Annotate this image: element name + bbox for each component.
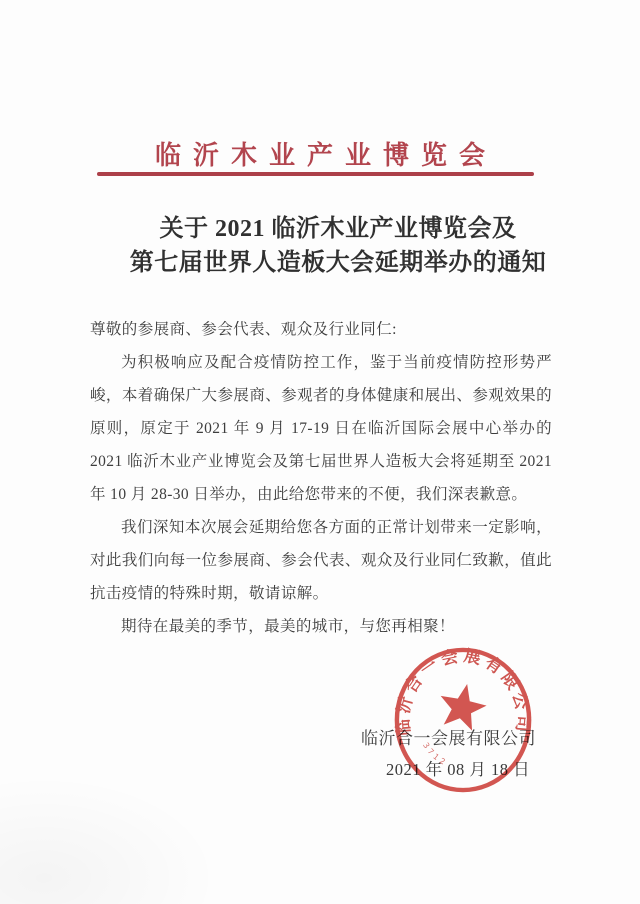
notice-body: 尊敬的参展商、参会代表、观众及行业同仁: 为积极响应及配合疫情防控工作，鉴于当前… bbox=[90, 313, 552, 643]
letterhead-rule bbox=[97, 172, 534, 176]
paragraph-2: 我们深知本次展会延期给您各方面的正常计划带来一定影响，对此我们向每一位参展商、参… bbox=[90, 511, 552, 610]
seal-code-text: 3712 bbox=[421, 741, 449, 768]
document-page: 临沂木业产业博览会 关于 2021 临沂木业产业博览会及 第七届世界人造板大会延… bbox=[0, 0, 640, 904]
letterhead-title: 临沂木业产业博览会 bbox=[0, 142, 640, 170]
seal-company-text: 临沂合一会展有限公司 bbox=[392, 645, 533, 737]
company-seal: 临沂合一会展有限公司 3712 bbox=[390, 644, 538, 796]
notice-title-line2: 第七届世界人造板大会延期举办的通知 bbox=[18, 246, 640, 280]
notice-title-line1: 关于 2021 临沂木业产业博览会及 bbox=[18, 212, 640, 246]
paragraph-1: 为积极响应及配合疫情防控工作，鉴于当前疫情防控形势严峻，本着确保广大参展商、参观… bbox=[90, 346, 552, 511]
paragraph-3: 期待在最美的季节，最美的城市，与您再相聚！ bbox=[90, 610, 552, 643]
star-icon bbox=[435, 679, 490, 732]
notice-title: 关于 2021 临沂木业产业博览会及 第七届世界人造板大会延期举办的通知 bbox=[18, 212, 640, 280]
salutation: 尊敬的参展商、参会代表、观众及行业同仁: bbox=[90, 313, 552, 346]
scan-noise bbox=[0, 774, 220, 904]
